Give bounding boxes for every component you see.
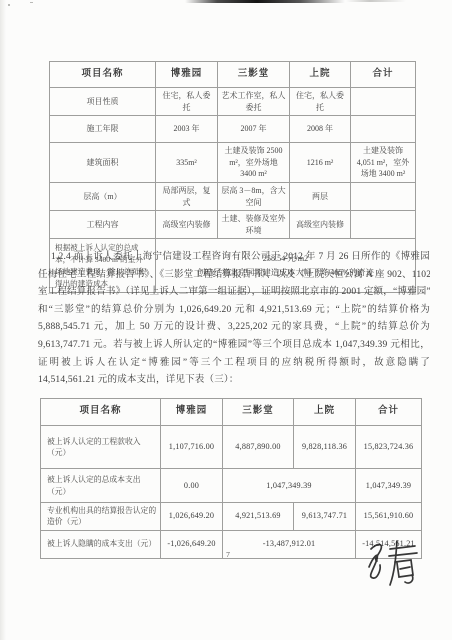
table-cell: 高级室内装修 <box>156 211 218 239</box>
table-header-row: 项目名称 博雅园 三影堂 上院 合计 <box>50 62 416 88</box>
table-cell: 高级室内装修 <box>290 211 351 239</box>
scan-streak-top <box>185 0 345 3</box>
table-cell <box>351 182 416 210</box>
table-cell: 施工年限 <box>50 116 156 143</box>
paragraph-line: 任梅住宅工程结算报告书》、《三影堂工程结算报告书》、以及《上院天恒公寓 A 座 … <box>38 267 430 285</box>
row-label: 被上诉人认定的总成本支出（元） <box>41 469 161 503</box>
table-cell-merged: -13,487,912.01 <box>223 530 356 558</box>
table-cell <box>351 116 416 143</box>
table-cell: 局部两层，复式 <box>156 182 218 210</box>
paragraph-line: 9,613,747.71 元。若与被上诉人所认定的“博雅园”等三个项目总成本 1… <box>38 337 430 355</box>
cost-comparison-table: 项目名称 博雅园 三影堂 上院 合计 被上诉人认定的工程款收入（元） 1,107… <box>40 398 422 559</box>
table-cell: 土建、装修及室外环境 <box>218 211 290 239</box>
col-header-project: 项目名称 <box>41 399 161 426</box>
scan-edge-shade <box>0 0 6 640</box>
table-cell: 1216 m² <box>290 143 351 183</box>
table-cell: 工程内容 <box>50 211 156 239</box>
scan-speck <box>8 4 10 6</box>
table-cell: 1,047,349.39 <box>356 469 422 503</box>
row-label: 被上诉人隐瞒的成本支出（元） <box>41 530 161 558</box>
table-cell: 9,613,747.71 <box>294 503 356 531</box>
table-row: 建筑面积 335m² 土建及装饰 2500 m²，室外场地 3400 m² 12… <box>50 143 416 183</box>
row-label: 专业机构出具的结算报告认定的造价（元） <box>41 503 161 531</box>
body-paragraph: 1.2.4 而上诉人委托上海宁信建设工程咨询有限公司于 2012 年 7 月 2… <box>38 249 430 390</box>
col-header-boyayuan: 博雅园 <box>161 399 223 426</box>
table-cell: 9,828,118.36 <box>294 426 356 469</box>
row-label: 被上诉人认定的工程款收入（元） <box>41 426 161 469</box>
table-cell: 项目性质 <box>50 88 156 116</box>
col-header-sanyingtang: 三影堂 <box>218 62 290 88</box>
table-cell: -1,026,649.20 <box>161 530 223 558</box>
col-header-boyayuan: 博雅园 <box>156 62 218 88</box>
col-header-shangyuan: 上院 <box>290 62 351 88</box>
paragraph-line: 证明被上诉人在认定“博雅园”等三个工程项目的应纳税所得额时，故意隐瞒了 <box>38 355 430 373</box>
table-cell: 住宅，私人委托 <box>290 88 351 116</box>
table-row: 工程内容 高级室内装修 土建、装修及室外环境 高级室内装修 <box>50 211 416 239</box>
table-row: 层高（m） 局部两层，复式 层高 3－8m，含大空间 两层 <box>50 182 416 210</box>
paragraph-line: 5,888,545.71 元，加上 50 万元的设计费、3,225,202 元的… <box>38 319 430 337</box>
col-header-total: 合计 <box>356 399 422 426</box>
table-cell: 2007 年 <box>218 116 290 143</box>
table-cell: 15,561,910.60 <box>356 503 422 531</box>
table-cell: 4,887,890.00 <box>223 426 294 469</box>
table-cell: 层高（m） <box>50 182 156 210</box>
table-cell: 艺术工作室，私人委托 <box>218 88 290 116</box>
col-header-sanyingtang: 三影堂 <box>223 399 294 426</box>
table-header-row: 项目名称 博雅园 三影堂 上院 合计 <box>41 399 422 426</box>
table-cell: 4,921,513.69 <box>223 503 294 531</box>
table-cell: 土建及装饰 4,051 m²，室外场地 3400 m² <box>351 143 416 183</box>
table-cell: 土建及装饰 2500 m²，室外场地 3400 m² <box>218 143 290 183</box>
page-number: 7 <box>218 550 238 559</box>
handwritten-signature <box>357 537 427 589</box>
table-cell <box>351 88 416 116</box>
table-row: 项目性质 住宅，私人委托 艺术工作室，私人委托 住宅，私人委托 <box>50 88 416 116</box>
table-cell-merged: 1,047,349.39 <box>223 469 356 503</box>
table-cell: 1,107,716.00 <box>161 426 223 469</box>
table-cell: 层高 3－8m，含大空间 <box>218 182 290 210</box>
table-cell: 2008 年 <box>290 116 351 143</box>
paragraph-line: 和“三影堂”的结算总价分别为 1,026,649.20 元和 4,921,513… <box>38 302 430 320</box>
table-row: 专业机构出具的结算报告认定的造价（元） 1,026,649.20 4,921,5… <box>41 503 422 531</box>
table-cell: 两层 <box>290 182 351 210</box>
table-cell: 住宅，私人委托 <box>156 88 218 116</box>
scan-speck <box>30 2 33 3</box>
table-row: 被上诉人认定的工程款收入（元） 1,107,716.00 4,887,890.0… <box>41 426 422 469</box>
scan-streak-top-right <box>346 0 406 2</box>
table-cell: 335m² <box>156 143 218 183</box>
table-cell <box>351 211 416 239</box>
col-header-shangyuan: 上院 <box>294 399 356 426</box>
table-cell: 0.00 <box>161 469 223 503</box>
paragraph-line: 1.2.4 而上诉人委托上海宁信建设工程咨询有限公司于 2012 年 7 月 2… <box>38 249 430 267</box>
table-cell: 2003 年 <box>156 116 218 143</box>
paragraph-line: 室工程结算报告书》（详见上诉人二审第一组证据），证明按照北京市的 2001 定额… <box>38 284 430 302</box>
paragraph-line: 14,514,561.21 元的成本支出，详见下表（三）： <box>38 372 430 390</box>
table-cell: 1,026,649.20 <box>161 503 223 531</box>
table-row: 被上诉人认定的总成本支出（元） 0.00 1,047,349.39 1,047,… <box>41 469 422 503</box>
table-cell: 建筑面积 <box>50 143 156 183</box>
table-row: 施工年限 2003 年 2007 年 2008 年 <box>50 116 416 143</box>
document-page: 项目名称 博雅园 三影堂 上院 合计 项目性质 住宅，私人委托 艺术工作室，私人… <box>0 0 452 640</box>
col-header-total: 合计 <box>351 62 416 88</box>
table-cell: 15,823,724.36 <box>356 426 422 469</box>
col-header-project: 项目名称 <box>50 62 156 88</box>
